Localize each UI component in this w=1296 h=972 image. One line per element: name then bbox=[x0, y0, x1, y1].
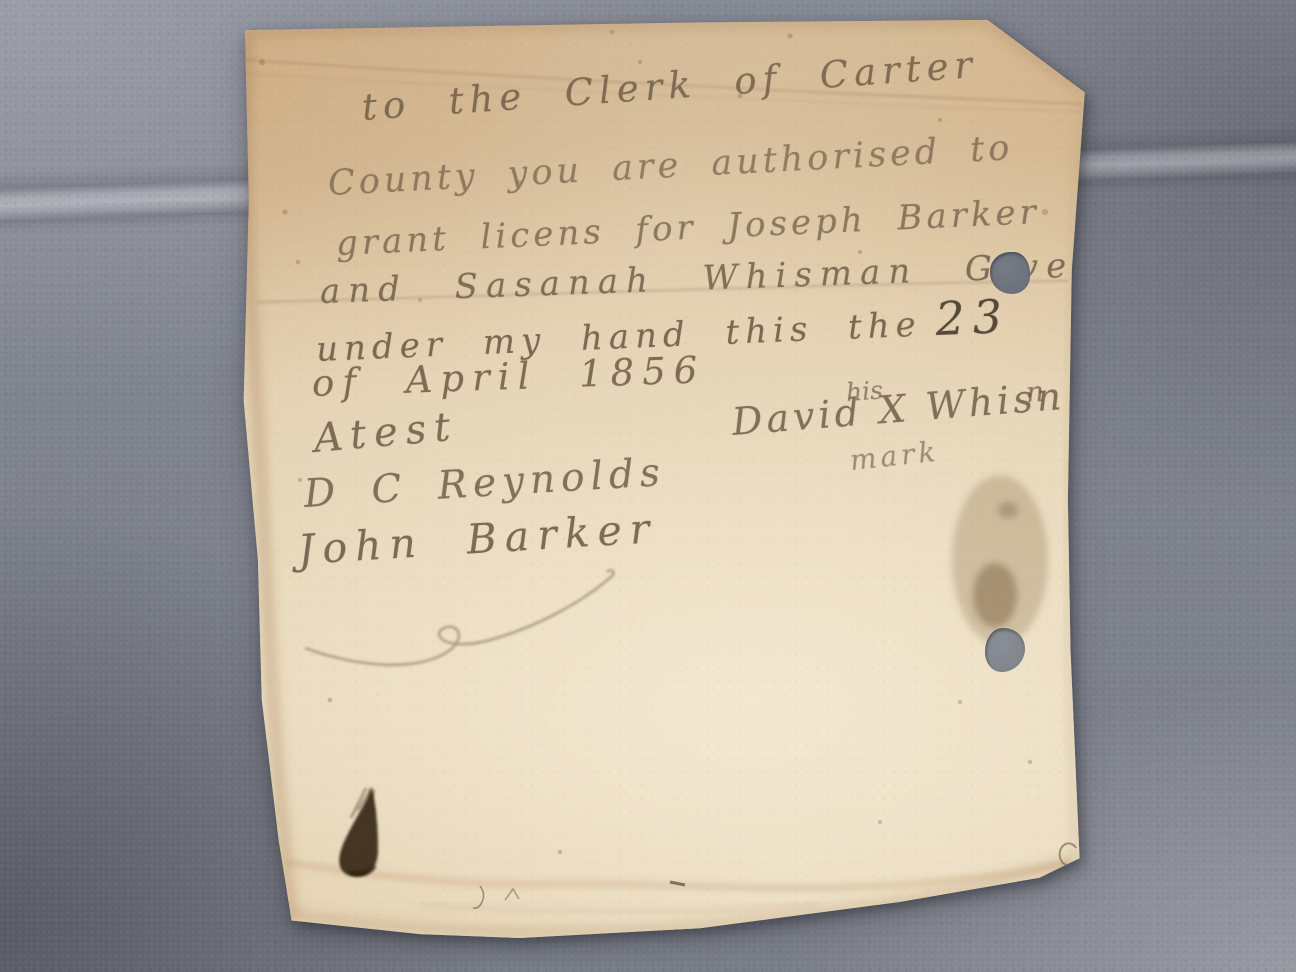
paper-sheet: to the Clerk of Carter County you are au… bbox=[0, 0, 1296, 972]
photo-stage: to the Clerk of Carter County you are au… bbox=[0, 0, 1296, 972]
document-paper: to the Clerk of Carter County you are au… bbox=[0, 0, 1296, 972]
signature-superscript-n: n bbox=[1025, 375, 1045, 409]
day-number: 23 bbox=[934, 289, 1011, 346]
punch-hole-top bbox=[990, 252, 1030, 294]
